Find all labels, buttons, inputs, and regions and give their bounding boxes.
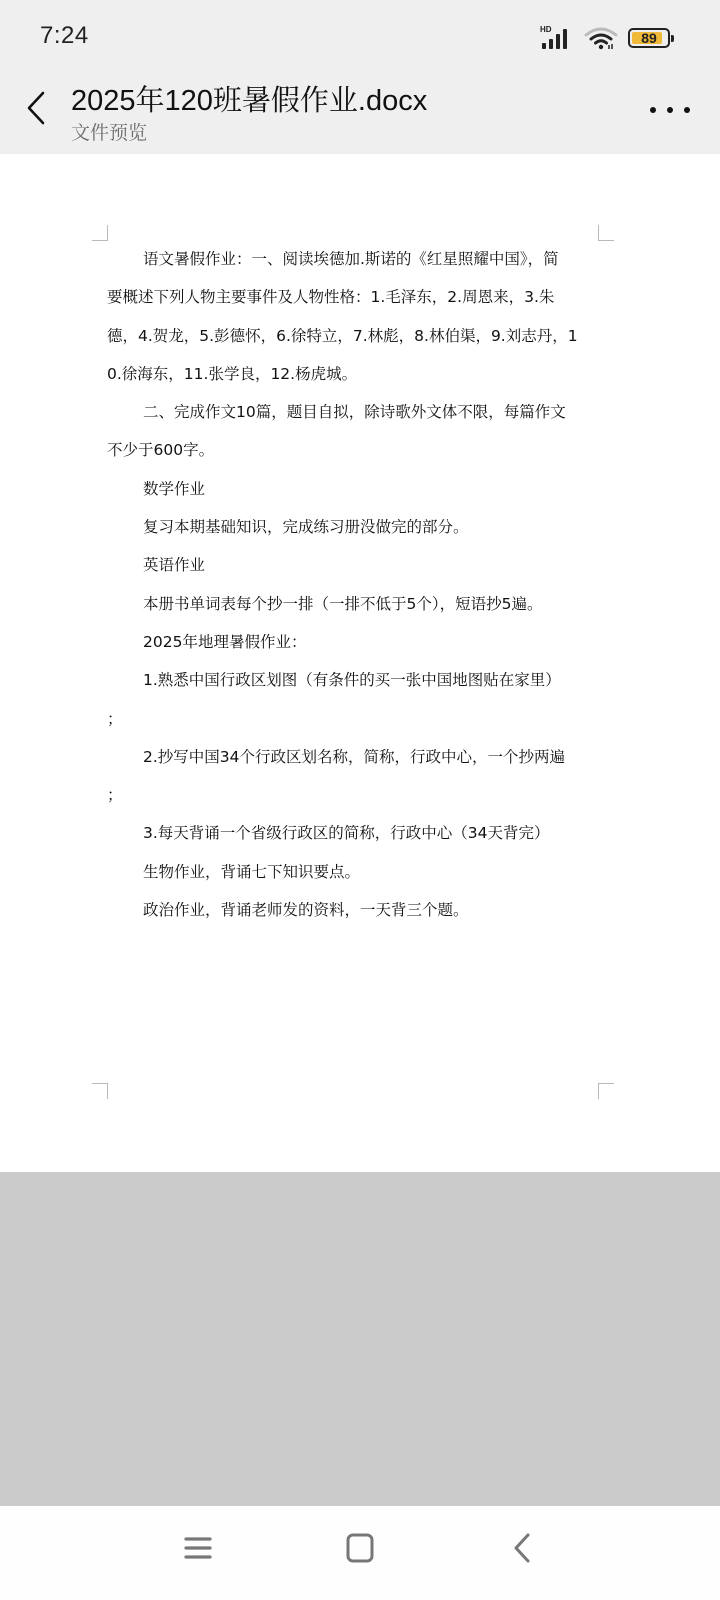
doc-line-politics: 政治作业，背诵老师发的资料，一天背三个题。 (107, 891, 607, 929)
more-dot-icon (650, 107, 656, 113)
home-button[interactable] (338, 1526, 382, 1570)
doc-line: 二、完成作文10篇，题目自拟，除诗歌外文体不限，每篇作文 (107, 393, 607, 431)
home-square-icon (345, 1532, 375, 1564)
doc-line: 2.抄写中国34个行政区划名称，简称，行政中心，一个抄两遍 (107, 738, 607, 776)
more-options-button[interactable] (650, 102, 690, 118)
document-page[interactable]: 语文暑假作业：一、阅读埃德加.斯诺的《红星照耀中国》，简 要概述下列人物主要事件… (0, 154, 720, 1172)
margin-corner-top-left (92, 225, 108, 241)
network-label: HD (540, 25, 552, 34)
doc-line: 0.徐海东，11.张学良，12.杨虎城。 (107, 355, 607, 393)
battery-icon: 89 (628, 28, 670, 48)
doc-line-biology: 生物作业，背诵七下知识要点。 (107, 853, 607, 891)
status-time: 7:24 (40, 22, 89, 50)
document-subtitle: 文件预览 (71, 118, 147, 145)
margin-corner-top-right (598, 225, 614, 241)
doc-line: 复习本期基础知识，完成练习册没做完的部分。 (107, 508, 607, 546)
system-nav-bar (0, 1506, 720, 1600)
doc-line: 德，4.贺龙，5.彭德怀，6.徐特立，7.林彪，8.林伯渠，9.刘志丹，1 (107, 317, 607, 355)
doc-line: 本册书单词表每个抄一排（一排不低于5个），短语抄5遍。 (107, 585, 607, 623)
doc-line: 3.每天背诵一个省级行政区的简称，行政中心（34天背完） (107, 814, 607, 852)
status-icons: HD 89 (540, 26, 670, 50)
margin-corner-bottom-right (598, 1083, 614, 1099)
chevron-left-icon (25, 91, 47, 125)
more-dot-icon (684, 107, 690, 113)
doc-line: 不少于600字。 (107, 431, 607, 469)
doc-heading-geography: 2025年地理暑假作业： (107, 623, 607, 661)
recent-apps-button[interactable] (176, 1526, 220, 1570)
back-button[interactable] (18, 86, 54, 130)
battery-percent: 89 (641, 30, 657, 46)
doc-heading-math: 数学作业 (107, 470, 607, 508)
doc-line: ； (107, 776, 607, 814)
margin-corner-bottom-left (92, 1083, 108, 1099)
system-back-button[interactable] (500, 1526, 544, 1570)
status-bar: 7:24 HD 89 (0, 0, 720, 72)
back-chevron-icon (511, 1532, 533, 1564)
document-title: 2025年120班暑假作业.docx (71, 78, 427, 119)
doc-line: 1.熟悉中国行政区划图（有条件的买一张中国地图贴在家里） (107, 661, 607, 699)
more-dot-icon (667, 107, 673, 113)
doc-line: 语文暑假作业：一、阅读埃德加.斯诺的《红星照耀中国》，简 (107, 240, 607, 278)
doc-line: ； (107, 700, 607, 738)
doc-heading-english: 英语作业 (107, 546, 607, 584)
document-background (0, 1172, 720, 1506)
cellular-signal-icon: HD (540, 27, 574, 49)
menu-icon (183, 1535, 213, 1561)
app-header: 2025年120班暑假作业.docx 文件预览 (0, 72, 720, 154)
document-body: 语文暑假作业：一、阅读埃德加.斯诺的《红星照耀中国》，简 要概述下列人物主要事件… (107, 240, 607, 929)
wifi-icon (584, 26, 618, 50)
doc-line: 要概述下列人物主要事件及人物性格：1.毛泽东，2.周恩来，3.朱 (107, 278, 607, 316)
